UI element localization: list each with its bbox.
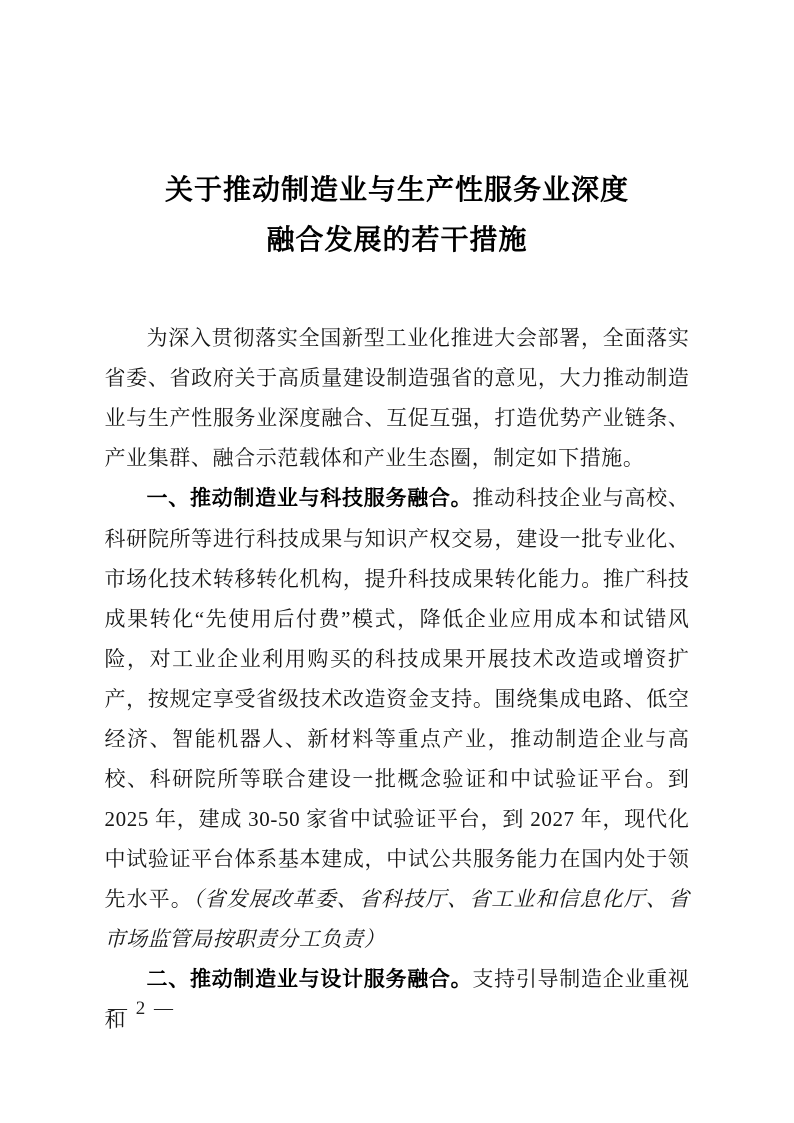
paragraph-intro-text: 为深入贯彻落实全国新型工业化推进大会部署，全面落实省委、省政府关于高质量建设制造…	[105, 326, 690, 470]
document-title: 关于推动制造业与生产性服务业深度 融合发展的若干措施	[105, 166, 690, 266]
page-number: — 2 —	[108, 998, 175, 1020]
document-page: 关于推动制造业与生产性服务业深度 融合发展的若干措施 为深入贯彻落实全国新型工业…	[0, 0, 794, 1123]
paragraph-section-1: 一、推动制造业与科技服务融合。推动科技企业与高校、科研院所等进行科技成果与知识产…	[105, 478, 690, 959]
section-1-attribution: （省发展改革委、省科技厅、省工业和信息化厅、省市场监管局按职责分工负责）	[105, 887, 690, 951]
paragraph-intro: 为深入贯彻落实全国新型工业化推进大会部署，全面落实省委、省政府关于高质量建设制造…	[105, 318, 690, 478]
section-2-heading: 二、推动制造业与设计服务融合。	[147, 968, 473, 991]
document-title-line-2: 融合发展的若干措施	[105, 216, 690, 266]
document-body: 为深入贯彻落实全国新型工业化推进大会部署，全面落实省委、省政府关于高质量建设制造…	[105, 318, 690, 1040]
paragraph-section-2: 二、推动制造业与设计服务融合。支持引导制造企业重视和	[105, 959, 690, 1040]
section-1-heading: 一、推动制造业与科技服务融合。	[147, 487, 473, 510]
section-1-text: 推动科技企业与高校、科研院所等进行科技成果与知识产权交易，建设一批专业化、市场化…	[105, 486, 690, 911]
document-title-line-1: 关于推动制造业与生产性服务业深度	[105, 166, 690, 216]
